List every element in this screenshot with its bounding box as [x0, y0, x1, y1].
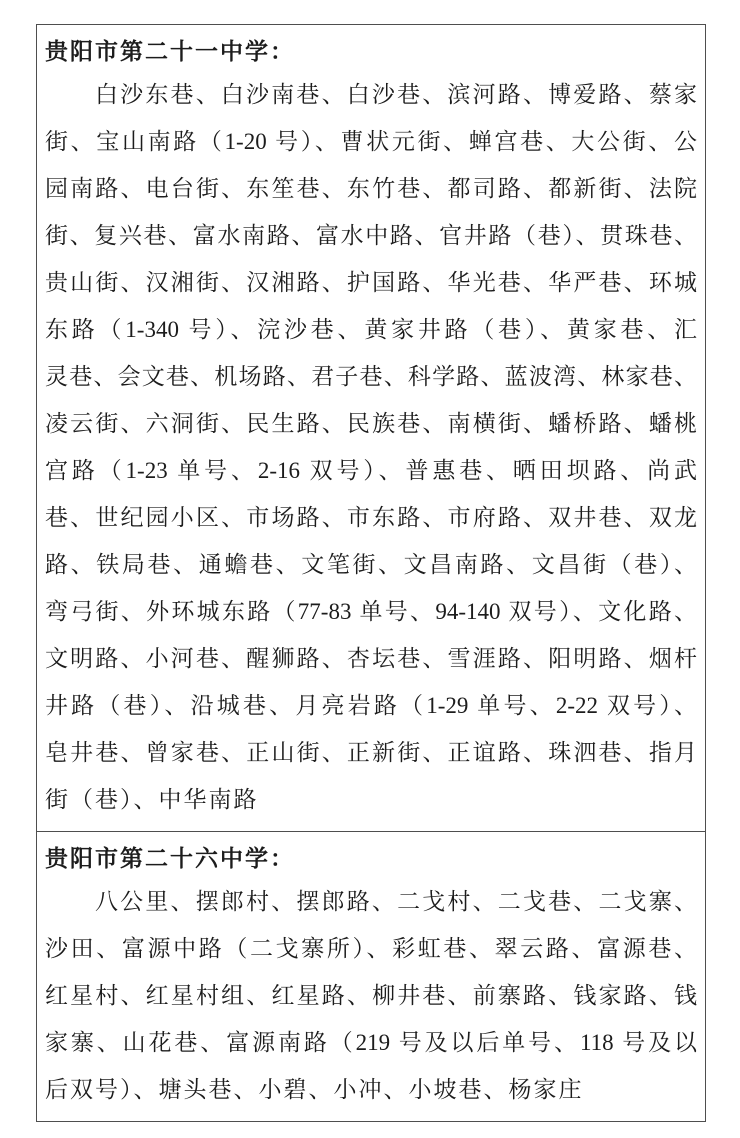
- street-list-line: 灵巷、会文巷、机场路、君子巷、科学路、蓝波湾、林家巷、: [45, 353, 697, 400]
- school-boundary-table: 贵阳市第二十一中学： 白沙东巷、白沙南巷、白沙巷、滨河路、博爱路、蔡家街、宝山南…: [36, 24, 706, 1122]
- street-list-line: 路、铁局巷、通蟾巷、文笔街、文昌南路、文昌街（巷）、: [45, 541, 697, 588]
- street-list-line: 东路（1-340 号）、浣沙巷、黄家井路（巷）、黄家巷、汇: [45, 306, 697, 353]
- street-list-line: 凌云街、六洞街、民生路、民族巷、南横街、蟠桥路、蟠桃: [45, 400, 697, 447]
- street-list-line: 街、宝山南路（1-20 号）、曹状元街、蝉宫巷、大公街、公: [45, 118, 697, 165]
- street-list-line: 文明路、小河巷、醒狮路、杏坛巷、雪涯路、阳明路、烟杆: [45, 635, 697, 682]
- street-list-line: 贵山街、汉湘街、汉湘路、护国路、华光巷、华严巷、环城: [45, 259, 697, 306]
- school-title: 贵阳市第二十一中学：: [45, 35, 697, 69]
- school-section: 贵阳市第二十一中学： 白沙东巷、白沙南巷、白沙巷、滨河路、博爱路、蔡家街、宝山南…: [37, 25, 705, 831]
- street-list-line: 红星村、红星村组、红星路、柳井巷、前寨路、钱家路、钱: [45, 972, 697, 1019]
- street-paragraph: 白沙东巷、白沙南巷、白沙巷、滨河路、博爱路、蔡家街、宝山南路（1-20 号）、曹…: [45, 71, 697, 823]
- street-list-line: 园南路、电台街、东笙巷、东竹巷、都司路、都新街、法院: [45, 165, 697, 212]
- street-list-line: 八公里、摆郎村、摆郎路、二戈村、二戈巷、二戈寨、: [45, 878, 697, 925]
- school-section: 贵阳市第二十六中学： 八公里、摆郎村、摆郎路、二戈村、二戈巷、二戈寨、沙田、富源…: [37, 831, 705, 1121]
- street-paragraph: 八公里、摆郎村、摆郎路、二戈村、二戈巷、二戈寨、沙田、富源中路（二戈寨所）、彩虹…: [45, 878, 697, 1113]
- street-list-line: 后双号）、塘头巷、小碧、小冲、小坡巷、杨家庄: [45, 1066, 697, 1113]
- street-list-line: 宫路（1-23 单号、2-16 双号）、普惠巷、晒田坝路、尚武: [45, 447, 697, 494]
- street-list-line: 皂井巷、曾家巷、正山街、正新街、正谊路、珠泗巷、指月: [45, 729, 697, 776]
- street-list-line: 井路（巷）、沿城巷、月亮岩路（1-29 单号、2-22 双号）、: [45, 682, 697, 729]
- school-title: 贵阳市第二十六中学：: [45, 842, 697, 876]
- street-list-line: 弯弓街、外环城东路（77-83 单号、94-140 双号）、文化路、: [45, 588, 697, 635]
- street-list-line: 巷、世纪园小区、市场路、市东路、市府路、双井巷、双龙: [45, 494, 697, 541]
- street-list-line: 街、复兴巷、富水南路、富水中路、官井路（巷）、贯珠巷、: [45, 212, 697, 259]
- document-page: 贵阳市第二十一中学： 白沙东巷、白沙南巷、白沙巷、滨河路、博爱路、蔡家街、宝山南…: [0, 0, 740, 1138]
- street-list-line: 家寨、山花巷、富源南路（219 号及以后单号、118 号及以: [45, 1019, 697, 1066]
- street-list-line: 白沙东巷、白沙南巷、白沙巷、滨河路、博爱路、蔡家: [45, 71, 697, 118]
- street-list-line: 沙田、富源中路（二戈寨所）、彩虹巷、翠云路、富源巷、: [45, 925, 697, 972]
- street-list-line: 街（巷）、中华南路: [45, 776, 697, 823]
